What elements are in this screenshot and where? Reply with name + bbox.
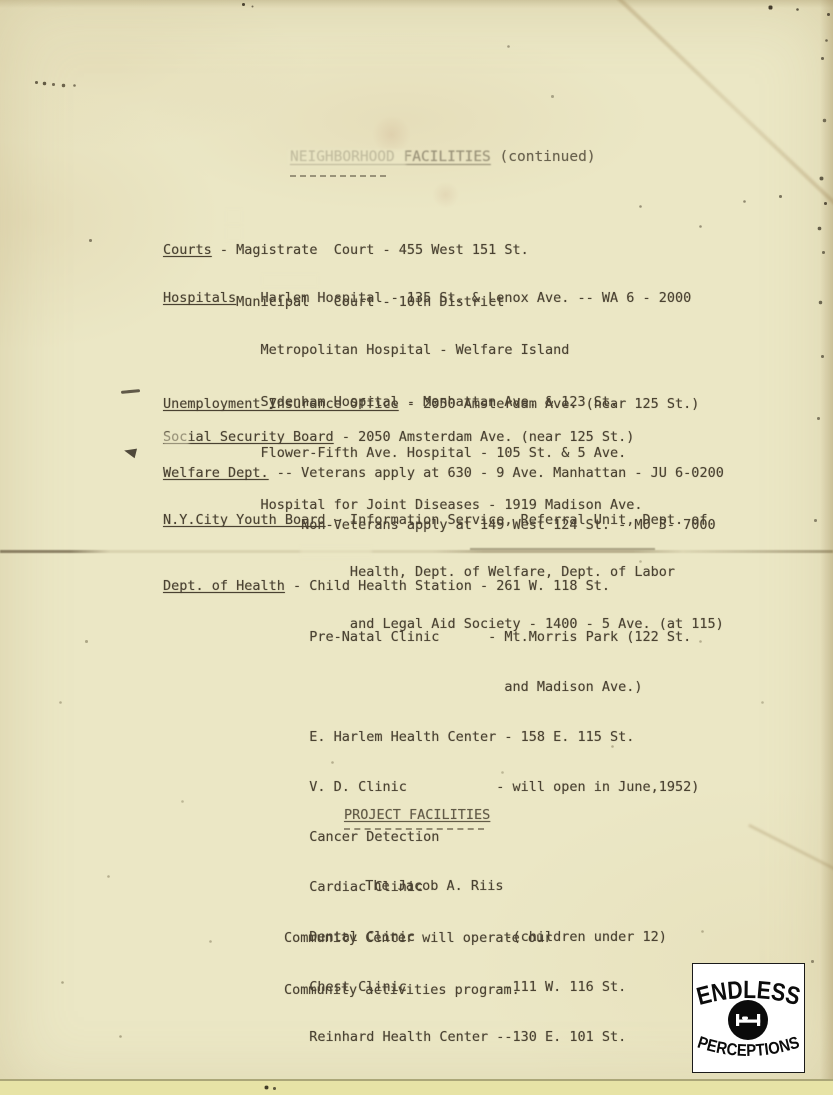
page-title-main: NEIGHBORHOOD FACILITIES [290, 149, 491, 165]
paper-speckles [0, 0, 1, 1]
document-page: NEIGHBORHOOD FACILITIES (continued) Cour… [0, 0, 833, 1095]
text-line: Community Center will operate our [284, 930, 552, 947]
text-line: Metropolitan Hospital - Welfare Island [163, 342, 691, 359]
section-heading-rest: - Information Service, Referral Unit, De… [326, 512, 708, 528]
margin-dash-mark [121, 389, 140, 393]
section-heading-rest: - Harlem Hospital - 135 St. & Lenox Ave.… [236, 290, 691, 306]
section-heading-rest: - Child Health Station - 261 W. 118 St. [285, 578, 610, 594]
section-project-facilities: The Jacob A. Riis Community Center will … [284, 844, 552, 1033]
section-heading: Hospitals [163, 290, 236, 306]
paper-bottom-edge [0, 1079, 833, 1095]
section-heading: N.Y.City Youth Board [163, 512, 326, 528]
margin-arrow-mark [123, 446, 137, 459]
section-heading: Dept. of Health [163, 578, 285, 594]
fold-crease-top-right [603, 0, 833, 220]
endless-perceptions-watermark: ENDLESS PERCEPTIONS [692, 963, 805, 1073]
text-line: V. D. Clinic - will open in June,1952) [163, 779, 699, 796]
text-line: Pre-Natal Clinic - Mt.Morris Park (122 S… [163, 629, 699, 646]
watermark-graphic: ENDLESS PERCEPTIONS [693, 964, 804, 1072]
text-line: Hospitals - Harlem Hospital - 135 St. & … [163, 290, 691, 307]
section-heading: PROJECT FACILITIES [344, 807, 490, 823]
project-heading-underline-dashes [344, 828, 484, 830]
project-facilities-heading: PROJECT FACILITIES [344, 807, 490, 823]
text-line: The Jacob A. Riis [284, 878, 552, 895]
text-line: N.Y.City Youth Board - Information Servi… [163, 512, 724, 529]
title-underline-dashes [290, 175, 386, 177]
text-line: Community activities program. [284, 982, 552, 999]
text-line: E. Harlem Health Center - 158 E. 115 St. [163, 729, 699, 746]
page-title: NEIGHBORHOOD FACILITIES (continued) [290, 149, 596, 165]
text-line: and Madison Ave.) [163, 679, 699, 696]
text-line: Dept. of Health - Child Health Station -… [163, 578, 699, 595]
scan-edge-shadow [820, 0, 833, 1095]
page-title-suffix: (continued) [491, 149, 596, 165]
